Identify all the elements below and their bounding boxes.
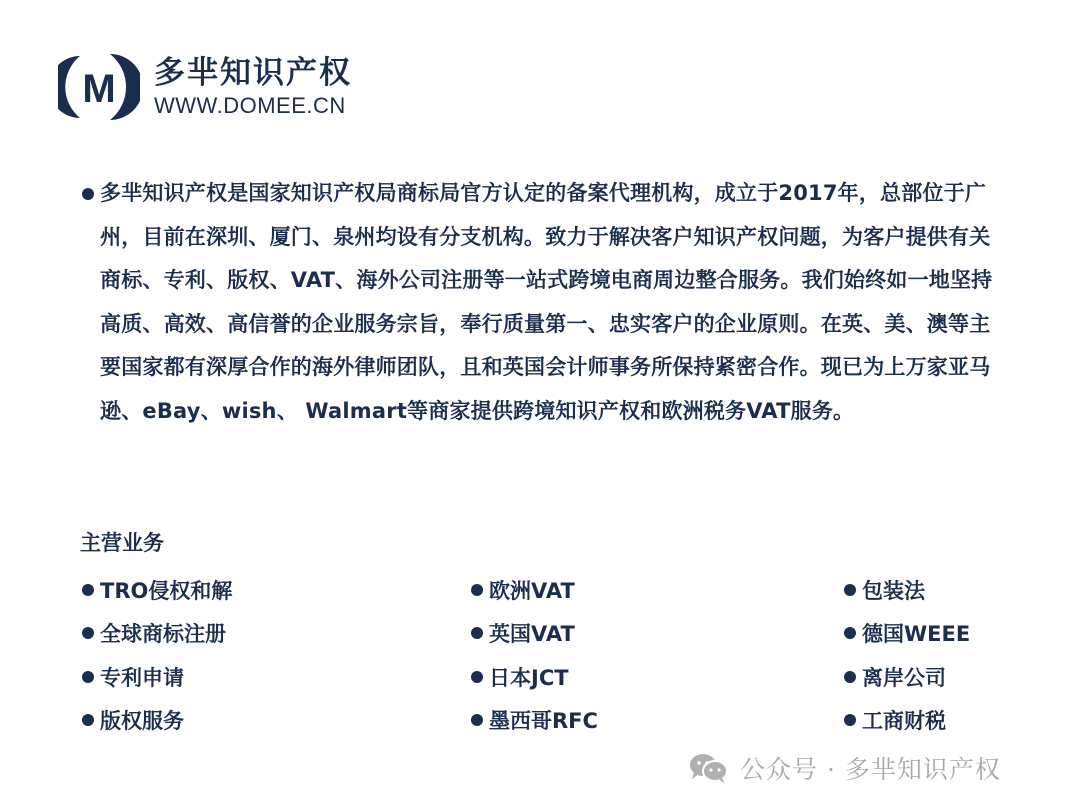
bullet-icon	[844, 671, 856, 683]
service-item: 欧洲VAT	[471, 568, 598, 612]
service-item: 版权服务	[82, 699, 232, 743]
service-item: 包装法	[844, 568, 970, 612]
bullet-icon	[844, 584, 856, 596]
company-intro: 多芈知识产权是国家知识产权局商标局官方认定的备案代理机构，成立于2017年，总部…	[100, 172, 1010, 433]
bullet-icon	[471, 627, 483, 639]
company-logo: M 多芈知识产权 WWW.DOMEE.CN	[58, 52, 352, 122]
bullet-icon	[471, 714, 483, 726]
services-column-3: 包装法 德国WEEE 离岸公司 工商财税	[844, 568, 970, 742]
company-website: WWW.DOMEE.CN	[154, 93, 352, 119]
wechat-icon	[688, 752, 730, 784]
bullet-icon	[471, 584, 483, 596]
service-item: 德国WEEE	[844, 612, 970, 656]
service-item: 英国VAT	[471, 612, 598, 656]
bullet-icon	[844, 627, 856, 639]
wechat-watermark: 公众号 · 多芈知识产权	[688, 750, 1001, 786]
service-item: 专利申请	[82, 655, 232, 699]
bullet-icon	[82, 188, 94, 200]
intro-text: 多芈知识产权是国家知识产权局商标局官方认定的备案代理机构，成立于2017年，总部…	[100, 181, 992, 423]
logo-mark-icon: M	[58, 52, 140, 122]
bullet-icon	[471, 671, 483, 683]
company-name: 多芈知识产权	[154, 55, 352, 91]
service-item: 全球商标注册	[82, 612, 232, 656]
bullet-icon	[82, 627, 94, 639]
service-item: 墨西哥RFC	[471, 699, 598, 743]
service-item: TRO侵权和解	[82, 568, 232, 612]
services-column-1: TRO侵权和解 全球商标注册 专利申请 版权服务	[82, 568, 232, 742]
watermark-text: 公众号 · 多芈知识产权	[740, 750, 1001, 786]
svg-text:M: M	[82, 67, 115, 111]
bullet-icon	[82, 671, 94, 683]
service-item: 日本JCT	[471, 655, 598, 699]
bullet-icon	[82, 714, 94, 726]
service-item: 工商财税	[844, 699, 970, 743]
service-item: 离岸公司	[844, 655, 970, 699]
services-column-2: 欧洲VAT 英国VAT 日本JCT 墨西哥RFC	[471, 568, 598, 742]
services-title: 主营业务	[80, 527, 164, 557]
bullet-icon	[844, 714, 856, 726]
bullet-icon	[82, 584, 94, 596]
